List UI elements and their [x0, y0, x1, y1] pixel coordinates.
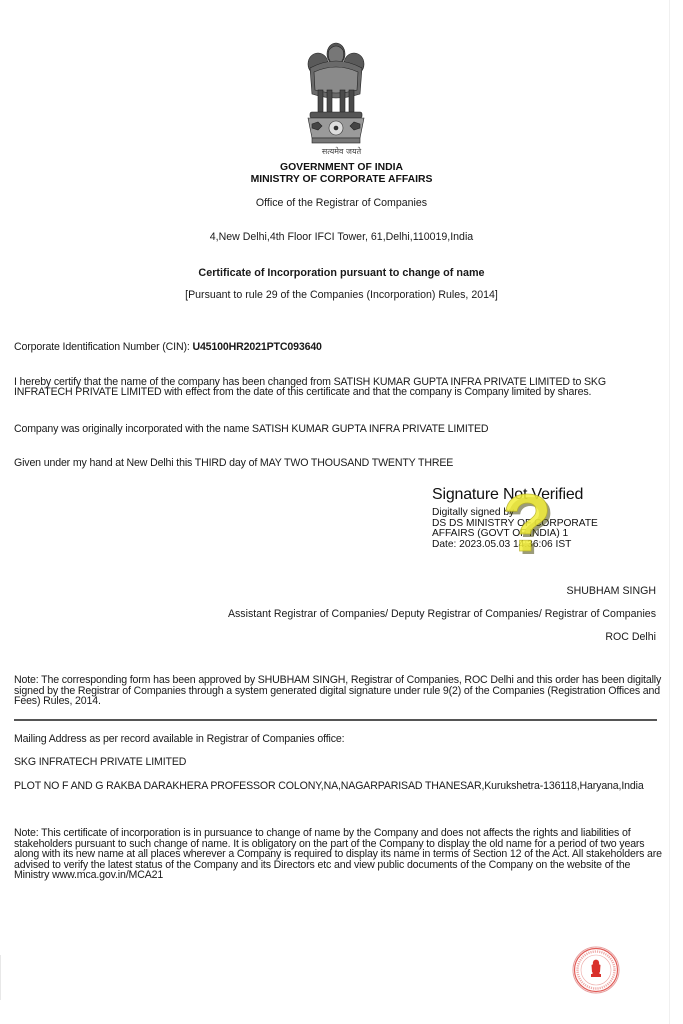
issuing-authority: GOVERNMENT OF INDIA MINISTRY OF CORPORAT… [0, 162, 683, 185]
digital-signature-block[interactable]: Signature Not Verified Digitally signed … [432, 486, 662, 550]
mailing-address-label: Mailing Address as per record available … [14, 734, 664, 744]
national-emblem-icon [298, 40, 374, 148]
government-name: GOVERNMENT OF INDIA [0, 162, 683, 174]
signature-date: Date: 2023.05.03 14:36:06 IST [432, 540, 662, 551]
signature-status: Signature Not Verified [432, 486, 662, 504]
certificate-title: Certificate of Incorporation pursuant to… [0, 268, 683, 280]
ministry-name: MINISTRY OF CORPORATE AFFAIRS [0, 174, 683, 186]
signatory-name: SHUBHAM SINGH [567, 586, 656, 598]
signatory-office: ROC Delhi [605, 632, 656, 644]
approval-note: Note: The corresponding form has been ap… [14, 675, 664, 707]
signature-line: AFFAIRS (GOVT OF INDIA) 1 [432, 529, 662, 540]
mailing-company-name: SKG INFRATECH PRIVATE LIMITED [14, 757, 664, 767]
office-address: 4,New Delhi,4th Floor IFCI Tower, 61,Del… [0, 232, 683, 244]
cin-value: U45100HR2021PTC093640 [192, 341, 321, 353]
certificate-subtitle: [Pursuant to rule 29 of the Companies (I… [0, 290, 683, 302]
certification-statement: I hereby certify that the name of the co… [14, 377, 664, 398]
signature-details: Digitally signed by DS DS MINISTRY OF CO… [432, 508, 662, 550]
cin-label: Corporate Identification Number (CIN): [14, 341, 192, 353]
signatory-designation: Assistant Registrar of Companies/ Deputy… [228, 609, 656, 621]
mailing-address: PLOT NO F AND G RAKBA DARAKHERA PROFESSO… [14, 781, 664, 792]
original-name-statement: Company was originally incorporated with… [14, 424, 664, 434]
signature-line: Digitally signed by [432, 508, 662, 519]
office-name: Office of the Registrar of Companies [0, 198, 683, 210]
given-under-hand-statement: Given under my hand at New Delhi this TH… [14, 458, 664, 468]
section-divider [14, 719, 657, 721]
page-edge [0, 955, 1, 1000]
ministry-seal-icon [571, 945, 621, 995]
emblem-motto: सत्यमेव जयते [0, 146, 683, 158]
cin-line: Corporate Identification Number (CIN): U… [14, 342, 664, 352]
change-of-name-note: Note: This certificate of incorporation … [14, 828, 664, 881]
